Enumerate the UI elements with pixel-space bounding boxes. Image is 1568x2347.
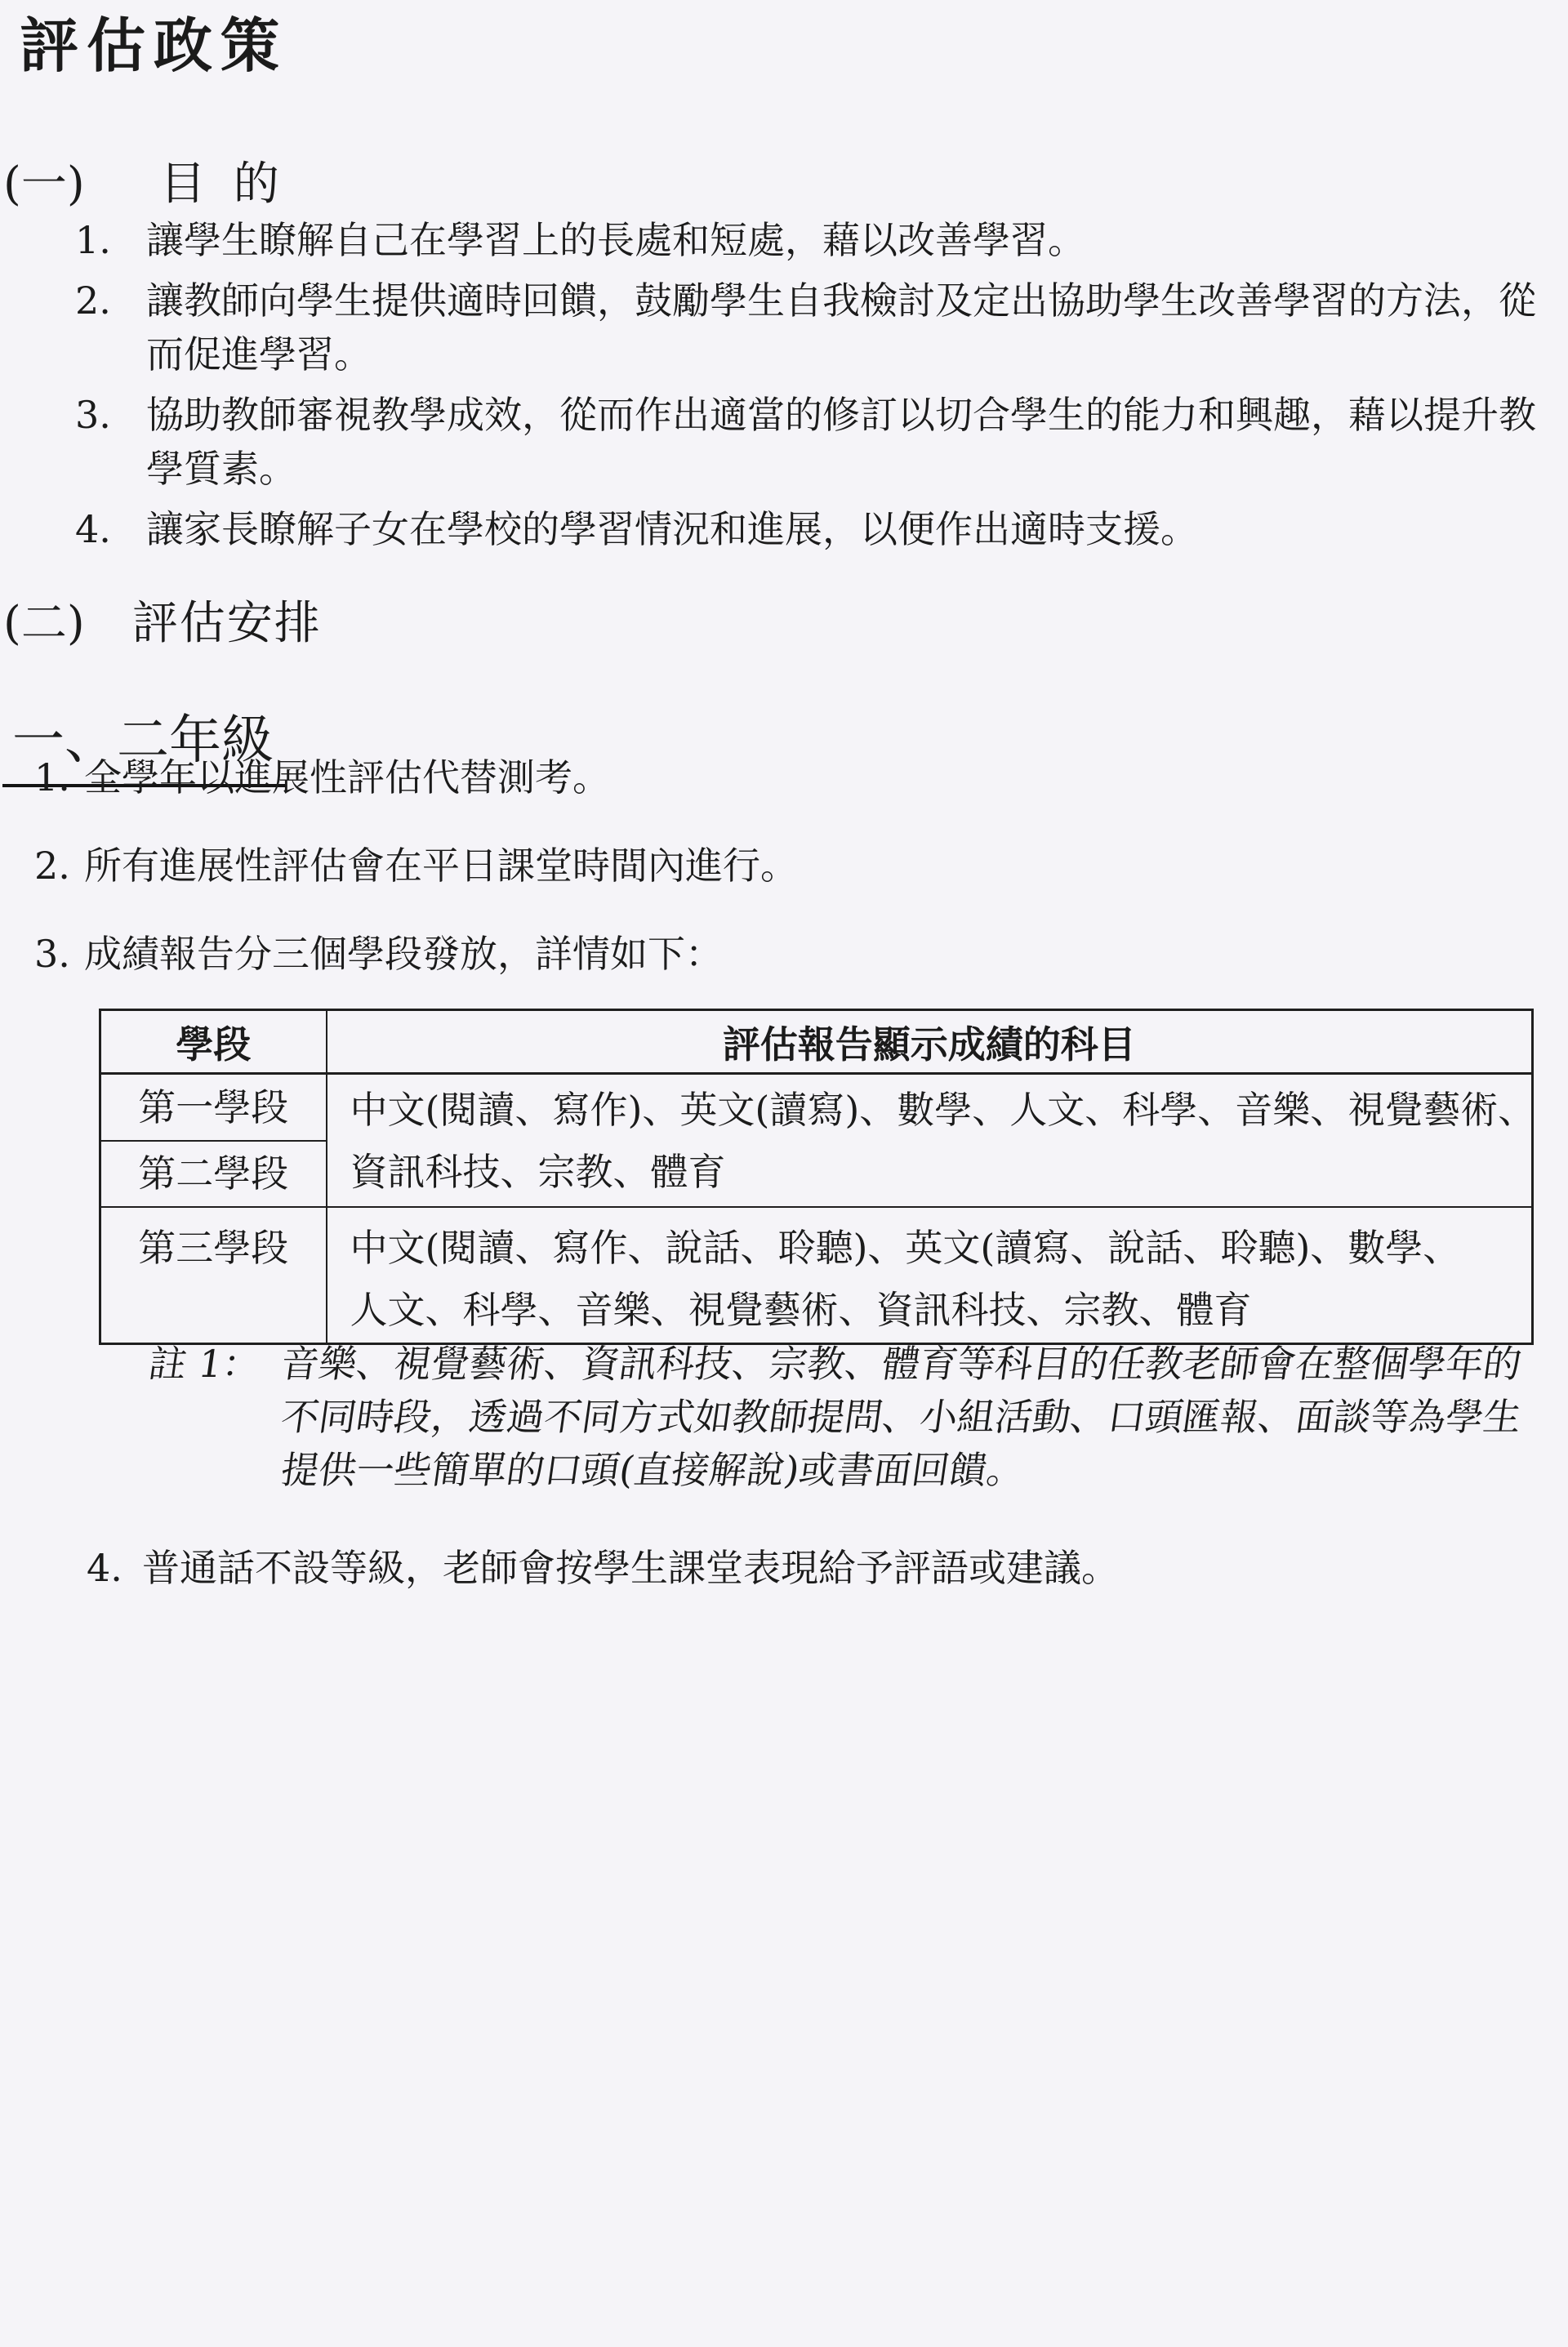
note-1-line-2: 不同時段，透過不同方式如教師提問、小組活動、口頭匯報、面談等為學生: [278, 1391, 1525, 1444]
term-2-label: 第二學段: [100, 1141, 327, 1207]
purpose-item-1-text: 讓學生瞭解自己在學習上的長處和短處，藉以改善學習。: [146, 213, 1568, 267]
arrangement-item-4: 4. 普通話不設等級，老師會按學生課堂表現給予評語或建議。: [0, 1542, 1568, 1595]
purpose-item-2-number: 2.: [75, 274, 111, 327]
term-1-2-subjects-line-1: 中文(閱讀、寫作)、英文(讀寫)、數學、人文、科學、音樂、視覺藝術、: [350, 1079, 1527, 1141]
purpose-item-2-text-line-2: 而促進學習。: [146, 327, 1568, 381]
purpose-item-4: 4. 讓家長瞭解子女在學校的學習情況和進展，以便作出適時支援。: [0, 502, 1568, 556]
purpose-item-3: 3. 協助教師審視教學成效，從而作出適當的修訂以切合學生的能力和興趣，藉以提升教…: [0, 388, 1568, 496]
purpose-item-3-text-line-1: 協助教師審視教學成效，從而作出適當的修訂以切合學生的能力和興趣，藉以提升教: [146, 388, 1568, 442]
purpose-item-1: 1. 讓學生瞭解自己在學習上的長處和短處，藉以改善學習。: [0, 213, 1568, 267]
term-3-subjects-cell: 中文(閱讀、寫作、說話、聆聽)、英文(讀寫、說話、聆聽)、數學、 人文、科學、音…: [327, 1207, 1533, 1344]
section-2-title: 評估安排: [132, 597, 322, 650]
section-1-title: 目的: [160, 158, 307, 211]
arrangement-item-4-text: 普通話不設等級，老師會按學生課堂表現給予評語或建議。: [0, 1542, 1568, 1595]
note-1-line-3: 提供一些簡單的口頭(直接解說)或書面回饋。: [278, 1444, 1525, 1497]
section-2-marker: (二): [3, 597, 85, 650]
term-1-label: 第一學段: [100, 1074, 327, 1141]
table-header-row: 學段 評估報告顯示成績的科目: [100, 1010, 1533, 1074]
arrangement-item-1: 1. 全學年以進展性評估代替測考。: [0, 750, 1568, 804]
table-header-subjects: 評估報告顯示成績的科目: [327, 1010, 1533, 1074]
section-2-heading: (二)評估安排: [3, 591, 322, 657]
term-3-subjects-line-2: 人文、科學、音樂、視覺藝術、資訊科技、宗教、體育: [350, 1279, 1527, 1341]
arrangement-item-4-number: 4.: [87, 1542, 122, 1595]
term-1-2-subjects-cell: 中文(閱讀、寫作)、英文(讀寫)、數學、人文、科學、音樂、視覺藝術、 資訊科技、…: [327, 1074, 1533, 1207]
purpose-list: 1. 讓學生瞭解自己在學習上的長處和短處，藉以改善學習。 2. 讓教師向學生提供…: [0, 213, 1568, 563]
purpose-item-2: 2. 讓教師向學生提供適時回饋，鼓勵學生自我檢討及定出協助學生改善學習的方法，從…: [0, 274, 1568, 381]
table-row-term-3: 第三學段 中文(閱讀、寫作、說話、聆聽)、英文(讀寫、說話、聆聽)、數學、 人文…: [100, 1207, 1533, 1344]
note-1: 註 1： 音樂、視覺藝術、資訊科技、宗教、體育等科目的任教老師會在整個學年的 不…: [0, 1338, 1517, 1497]
purpose-item-3-text-line-2: 學質素。: [146, 442, 1568, 496]
arrangement-item-1-number: 1.: [34, 750, 70, 804]
arrangement-item-2-text: 所有進展性評估會在平日課堂時間內進行。: [84, 839, 1568, 893]
table-header-term: 學段: [100, 1010, 327, 1074]
arrangement-item-2: 2. 所有進展性評估會在平日課堂時間內進行。: [0, 839, 1568, 893]
document-title: 評估政策: [20, 5, 287, 87]
note-1-label: 註 1：: [145, 1338, 264, 1391]
term-1-2-subjects-line-2: 資訊科技、宗教、體育: [350, 1141, 1527, 1203]
arrangement-list: 1. 全學年以進展性評估代替測考。 2. 所有進展性評估會在平日課堂時間內進行。…: [0, 750, 1568, 1015]
purpose-item-2-text-line-1: 讓教師向學生提供適時回饋，鼓勵學生自我檢討及定出協助學生改善學習的方法，從: [146, 274, 1568, 327]
arrangement-item-1-text: 全學年以進展性評估代替測考。: [84, 750, 1568, 804]
arrangement-item-2-number: 2.: [34, 839, 70, 893]
purpose-item-3-number: 3.: [75, 388, 111, 442]
assessment-subjects-table: 學段 評估報告顯示成績的科目 第一學段 中文(閱讀、寫作)、英文(讀寫)、數學、…: [99, 1009, 1534, 1345]
term-3-subjects-line-1: 中文(閱讀、寫作、說話、聆聽)、英文(讀寫、說話、聆聽)、數學、: [350, 1217, 1527, 1279]
section-1-marker: (一): [3, 158, 85, 211]
term-3-label: 第三學段: [100, 1207, 327, 1344]
arrangement-item-3-text: 成績報告分三個學段發放，詳情如下：: [84, 927, 1568, 981]
purpose-item-1-number: 1.: [75, 213, 111, 267]
section-1-heading: (一)目的: [3, 152, 307, 217]
arrangement-item-3: 3. 成績報告分三個學段發放，詳情如下：: [0, 927, 1568, 981]
purpose-item-4-number: 4.: [75, 502, 111, 556]
document-page: 評估政策 (一)目的 1. 讓學生瞭解自己在學習上的長處和短處，藉以改善學習。 …: [0, 0, 1568, 2347]
arrangement-item-3-number: 3.: [34, 927, 70, 981]
note-1-line-1: 音樂、視覺藝術、資訊科技、宗教、體育等科目的任教老師會在整個學年的: [278, 1338, 1525, 1391]
purpose-item-4-text: 讓家長瞭解子女在學校的學習情況和進展，以便作出適時支援。: [146, 502, 1568, 556]
table-row-term-1: 第一學段 中文(閱讀、寫作)、英文(讀寫)、數學、人文、科學、音樂、視覺藝術、 …: [100, 1074, 1533, 1141]
